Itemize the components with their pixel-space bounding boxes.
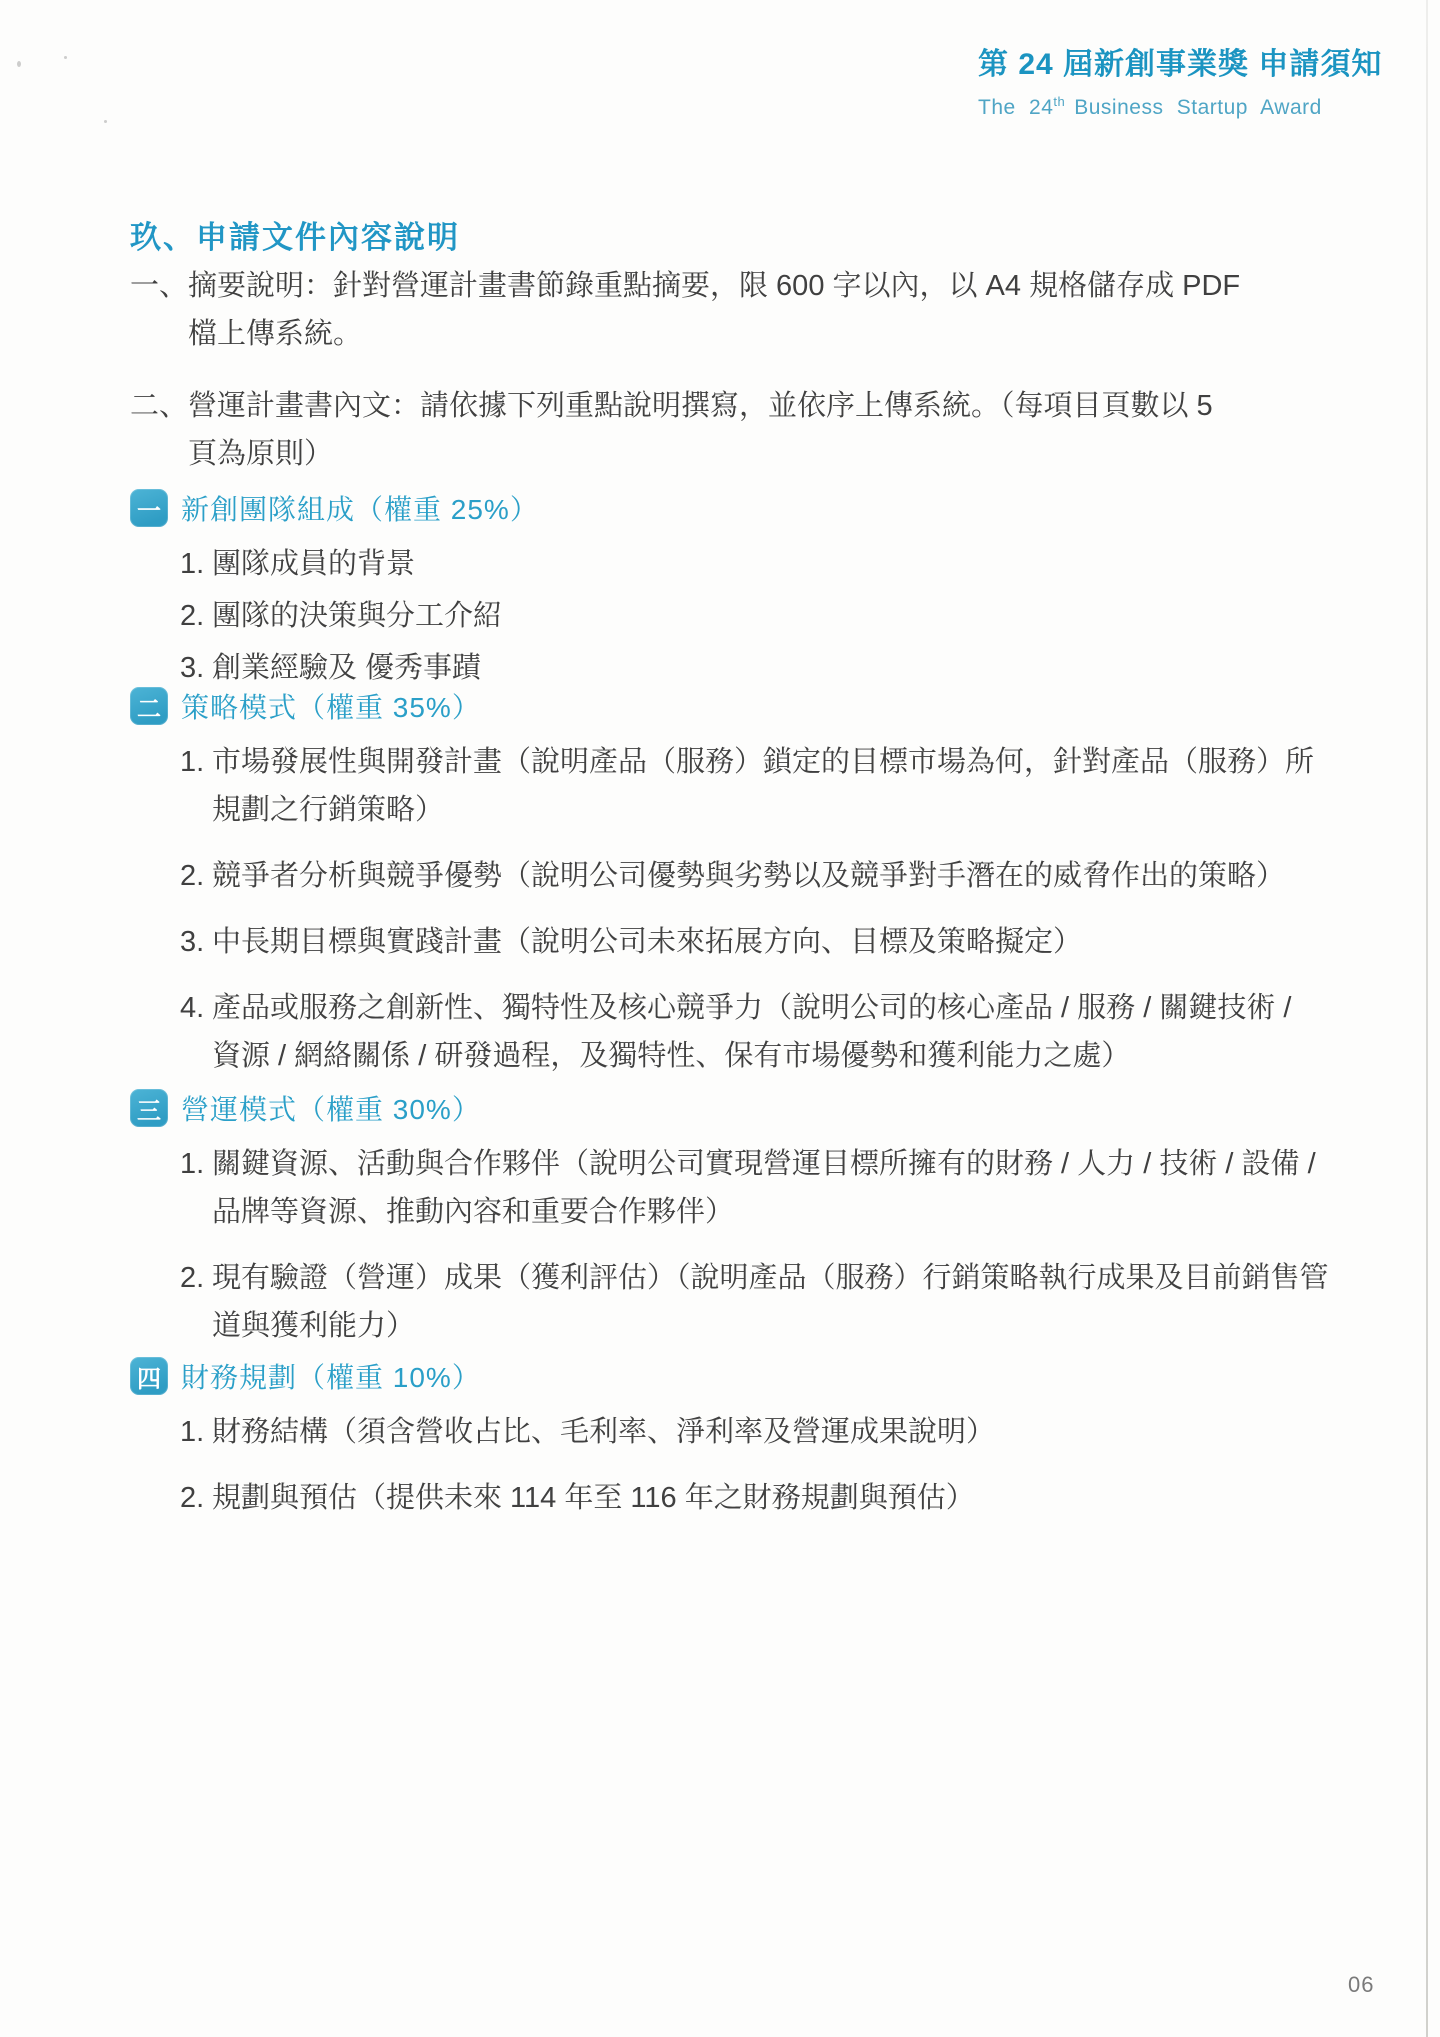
section-financial-planning: 四 財務規劃（權重 10%） 1. 財務結構（須含營收占比、毛利率、淨利率及營運… (130, 1356, 1330, 1540)
paragraph-line: 頁為原則） (188, 430, 1213, 478)
award-title-en: The 24thBusiness Startup Award (978, 89, 1382, 121)
award-title-en-prefix: The 24 (978, 96, 1053, 119)
item-number: 3. (180, 644, 212, 692)
item-line: 團隊的決策與分工介紹 (212, 592, 502, 640)
paragraph-line: 檔上傳系統。 (188, 310, 1240, 358)
list-item: 2. 現有驗證（營運）成果（獲利評估）（說明產品（服務）行銷策略執行成果及目前銷… (180, 1254, 1330, 1350)
section-number-badge: 二 (130, 687, 168, 725)
award-title-zh: 第 24 屆新創事業獎 申請須知 (978, 46, 1382, 84)
list-item: 2. 團隊的決策與分工介紹 (180, 592, 1330, 640)
item-number: 2. (180, 1474, 212, 1522)
item-line: 資源 / 網絡關係 / 研發過程，及獨特性、保有市場優勢和獲利能力之處） (212, 1032, 1291, 1080)
item-number: 1. (180, 1140, 212, 1236)
item-line: 創業經驗及 優秀事蹟 (212, 644, 481, 692)
item-number: 2. (180, 1254, 212, 1350)
section-items: 1. 市場發展性與開發計畫（說明產品（服務）鎖定的目標市場為何，針對產品（服務）… (130, 738, 1330, 1080)
item-line: 中長期目標與實踐計畫（說明公司未來拓展方向、目標及策略擬定） (212, 918, 1082, 966)
list-item: 1. 市場發展性與開發計畫（說明產品（服務）鎖定的目標市場為何，針對產品（服務）… (180, 738, 1330, 834)
item-number: 1. (180, 540, 212, 588)
section-header: 一 新創團隊組成（權重 25%） (130, 488, 1330, 528)
section-team-composition: 一 新創團隊組成（權重 25%） 1. 團隊成員的背景 2. 團隊的決策與分工介… (130, 488, 1330, 696)
paragraph-line: 摘要說明：針對營運計畫書節錄重點摘要，限 600 字以內，以 A4 規格儲存成 … (188, 262, 1240, 310)
section-items: 1. 關鍵資源、活動與合作夥伴（說明公司實現營運目標所擁有的財務 / 人力 / … (130, 1140, 1330, 1350)
award-title-en-ordinal: th (1053, 94, 1065, 109)
section-title: 策略模式（權重 35%） (181, 686, 481, 726)
item-line: 規劃之行銷策略） (212, 786, 1314, 834)
section-operation-model: 三 營運模式（權重 30%） 1. 關鍵資源、活動與合作夥伴（說明公司實現營運目… (130, 1088, 1330, 1368)
list-item: 2. 規劃與預估（提供未來 114 年至 116 年之財務規劃與預估） (180, 1474, 1330, 1522)
list-item: 3. 中長期目標與實踐計畫（說明公司未來拓展方向、目標及策略擬定） (180, 918, 1330, 966)
list-item: 2. 競爭者分析與競爭優勢（說明公司優勢與劣勢以及競爭對手潛在的威脅作出的策略） (180, 852, 1330, 900)
scan-edge-line (1426, 0, 1428, 2037)
item-line: 市場發展性與開發計畫（說明產品（服務）鎖定的目標市場為何，針對產品（服務）所 (212, 738, 1314, 786)
scan-speck (64, 56, 67, 59)
section-number-badge: 三 (130, 1089, 168, 1127)
section-header: 三 營運模式（權重 30%） (130, 1088, 1330, 1128)
item-line: 產品或服務之創新性、獨特性及核心競爭力（說明公司的核心產品 / 服務 / 關鍵技… (212, 984, 1291, 1032)
section-items: 1. 團隊成員的背景 2. 團隊的決策與分工介紹 3. 創業經驗及 優秀事蹟 (130, 540, 1330, 692)
section-title: 財務規劃（權重 10%） (181, 1356, 481, 1396)
item-number: 2. (180, 592, 212, 640)
list-item: 1. 關鍵資源、活動與合作夥伴（說明公司實現營運目標所擁有的財務 / 人力 / … (180, 1140, 1330, 1236)
section-number-badge: 一 (130, 489, 168, 527)
award-title-en-suffix: Business Startup Award (1074, 96, 1322, 119)
scanned-document-page: 第 24 屆新創事業獎 申請須知 The 24thBusiness Startu… (0, 0, 1440, 2037)
section-items: 1. 財務結構（須含營收占比、毛利率、淨利率及營運成果說明） 2. 規劃與預估（… (130, 1408, 1330, 1522)
item-number: 1. (180, 1408, 212, 1456)
list-item: 3. 創業經驗及 優秀事蹟 (180, 644, 1330, 692)
section-header: 四 財務規劃（權重 10%） (130, 1356, 1330, 1396)
item-line: 品牌等資源、推動內容和重要合作夥伴） (212, 1188, 1316, 1236)
scan-speck (17, 61, 21, 67)
section-number-badge: 四 (130, 1357, 168, 1395)
item-number: 4. (180, 984, 212, 1080)
scan-speck (104, 120, 107, 123)
item-line: 道與獲利能力） (212, 1302, 1329, 1350)
document-header: 第 24 屆新創事業獎 申請須知 The 24thBusiness Startu… (978, 46, 1382, 121)
paragraph-line: 營運計畫書內文：請依據下列重點說明撰寫，並依序上傳系統。（每項目頁數以 5 (188, 382, 1213, 430)
paragraph-summary: 一、 摘要說明：針對營運計畫書節錄重點摘要，限 600 字以內，以 A4 規格儲… (130, 262, 1330, 358)
list-item: 1. 財務結構（須含營收占比、毛利率、淨利率及營運成果說明） (180, 1408, 1330, 1456)
list-item: 4. 產品或服務之創新性、獨特性及核心競爭力（說明公司的核心產品 / 服務 / … (180, 984, 1330, 1080)
paragraph-text: 摘要說明：針對營運計畫書節錄重點摘要，限 600 字以內，以 A4 規格儲存成 … (188, 262, 1240, 358)
section-header: 二 策略模式（權重 35%） (130, 686, 1330, 726)
page-title: 玖、申請文件內容說明 (130, 212, 460, 257)
paragraph-label: 二、 (130, 382, 188, 478)
page-number: 06 (1348, 1972, 1374, 1998)
item-line: 團隊成員的背景 (212, 540, 415, 588)
item-line: 規劃與預估（提供未來 114 年至 116 年之財務規劃與預估） (212, 1474, 975, 1522)
paragraph-label: 一、 (130, 262, 188, 358)
item-number: 1. (180, 738, 212, 834)
section-title: 營運模式（權重 30%） (181, 1088, 481, 1128)
item-line: 關鍵資源、活動與合作夥伴（說明公司實現營運目標所擁有的財務 / 人力 / 技術 … (212, 1140, 1316, 1188)
item-number: 2. (180, 852, 212, 900)
section-title: 新創團隊組成（權重 25%） (181, 488, 539, 528)
section-strategy-model: 二 策略模式（權重 35%） 1. 市場發展性與開發計畫（說明產品（服務）鎖定的… (130, 686, 1330, 1098)
paragraph-text: 營運計畫書內文：請依據下列重點說明撰寫，並依序上傳系統。（每項目頁數以 5 頁為… (188, 382, 1213, 478)
list-item: 1. 團隊成員的背景 (180, 540, 1330, 588)
item-line: 財務結構（須含營收占比、毛利率、淨利率及營運成果說明） (212, 1408, 995, 1456)
item-number: 3. (180, 918, 212, 966)
item-line: 競爭者分析與競爭優勢（說明公司優勢與劣勢以及競爭對手潛在的威脅作出的策略） (212, 852, 1285, 900)
item-line: 現有驗證（營運）成果（獲利評估）（說明產品（服務）行銷策略執行成果及目前銷售管 (212, 1254, 1329, 1302)
paragraph-business-plan: 二、 營運計畫書內文：請依據下列重點說明撰寫，並依序上傳系統。（每項目頁數以 5… (130, 382, 1330, 478)
